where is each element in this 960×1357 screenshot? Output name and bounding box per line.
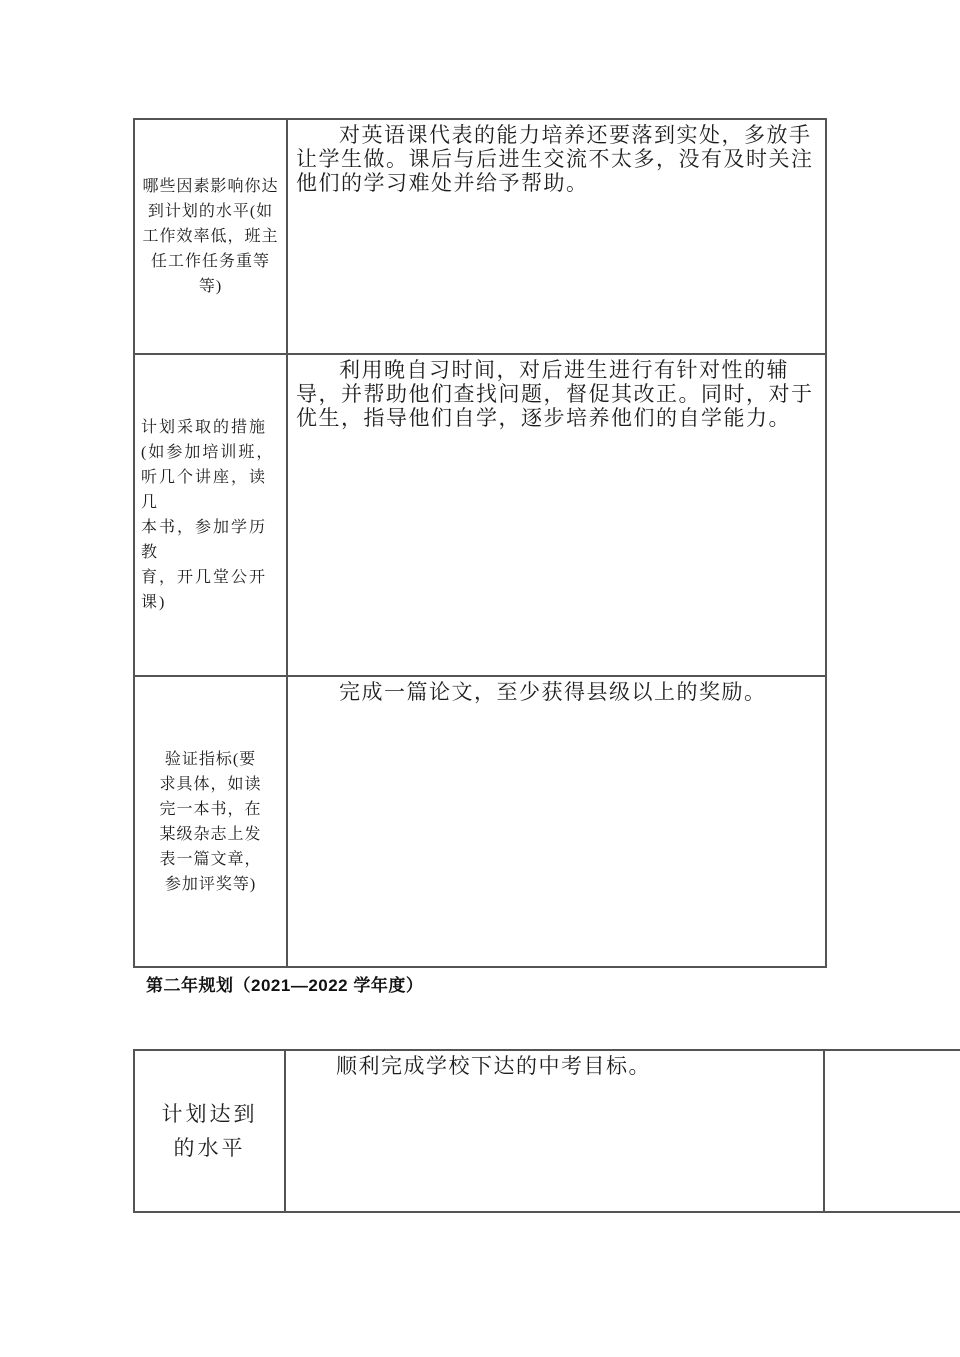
planned-measures-label: 计划采取的措施 (如参加培训班， 听几个讲座，读几 本书，参加学历教 育，开几堂… <box>141 415 280 615</box>
planned-level-label-cell: 计划达到 的水平 <box>135 1051 286 1211</box>
factors-affecting-plan-label: 哪些因素影响你达 到计划的水平(如 工作效率低，班主 任工作任务重等 等) <box>142 174 278 299</box>
second-year-plan-table: 计划达到 的水平 顺利完成学校下达的中考目标。 <box>133 1049 960 1213</box>
planned-measures-content: 利用晚自习时间，对后进生进行有针对性的辅导，并帮助他们查找问题，督促其改正。同时… <box>288 355 825 675</box>
table-row: 哪些因素影响你达 到计划的水平(如 工作效率低，班主 任工作任务重等 等) 对英… <box>135 120 825 353</box>
verification-indicators-content: 完成一篇论文，至少获得县级以上的奖励。 <box>288 677 825 966</box>
factors-affecting-plan-content: 对英语课代表的能力培养还要落到实处，多放手让学生做。课后与后进生交流不太多，没有… <box>288 120 825 353</box>
table-row: 验证指标(要 求具体，如读 完一本书，在 某级杂志上发 表一篇文章， 参加评奖等… <box>135 675 825 966</box>
table-row: 计划采取的措施 (如参加培训班， 听几个讲座，读几 本书，参加学历教 育，开几堂… <box>135 353 825 675</box>
factors-affecting-plan-label-cell: 哪些因素影响你达 到计划的水平(如 工作效率低，班主 任工作任务重等 等) <box>135 120 288 353</box>
verification-indicators-label: 验证指标(要 求具体，如读 完一本书，在 某级杂志上发 表一篇文章， 参加评奖等… <box>159 747 261 897</box>
verification-indicators-label-cell: 验证指标(要 求具体，如读 完一本书，在 某级杂志上发 表一篇文章， 参加评奖等… <box>135 677 288 966</box>
second-year-plan-heading: 第二年规划（2021—2022 学年度） <box>146 971 423 996</box>
empty-clipped-cell <box>825 1051 960 1211</box>
planned-measures-label-cell: 计划采取的措施 (如参加培训班， 听几个讲座，读几 本书，参加学历教 育，开几堂… <box>135 355 288 675</box>
first-year-plan-table: 哪些因素影响你达 到计划的水平(如 工作效率低，班主 任工作任务重等 等) 对英… <box>133 118 827 968</box>
planned-level-label: 计划达到 的水平 <box>162 1097 258 1165</box>
planned-level-content: 顺利完成学校下达的中考目标。 <box>286 1051 825 1211</box>
